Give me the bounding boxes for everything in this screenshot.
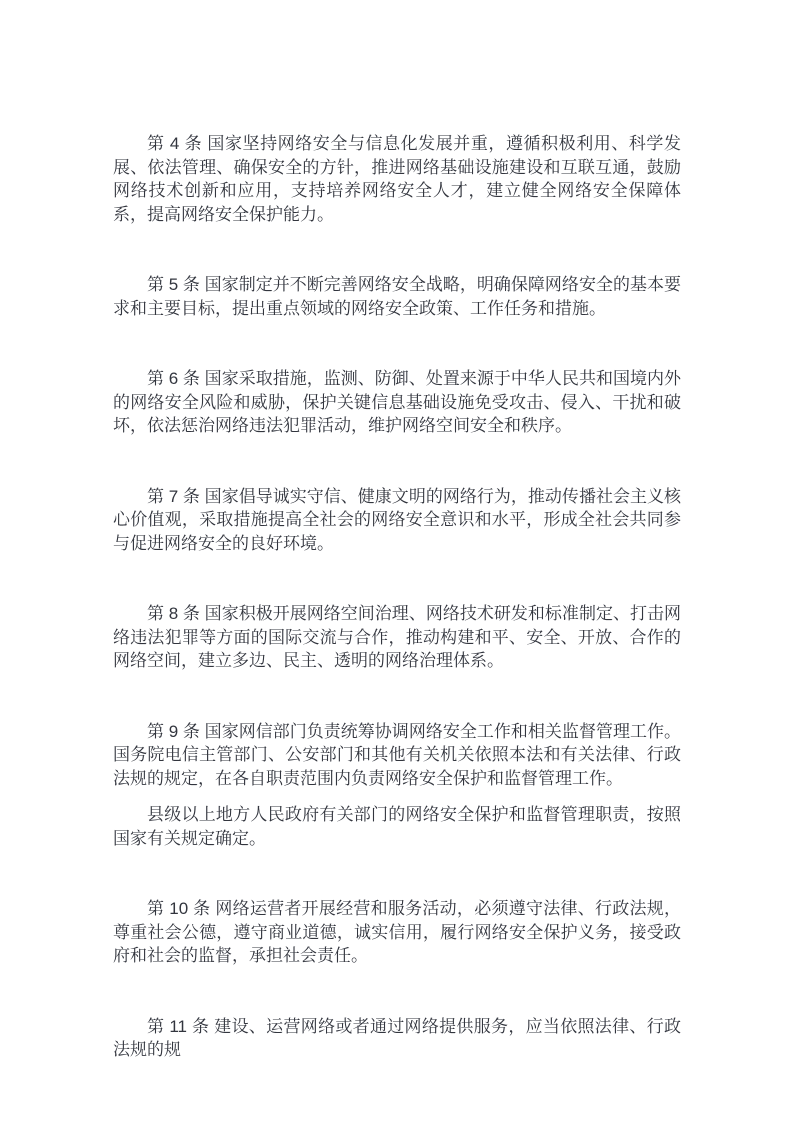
paragraph-article-11: 第 11 条 建设、运营网络或者通过网络提供服务，应当依照法律、行政法规的规 [113,1015,681,1062]
paragraph-article-5: 第 5 条 国家制定并不断完善网络安全战略，明确保障网络安全的基本要求和主要目标… [113,273,681,320]
paragraph-article-9: 第 9 条 国家网信部门负责统筹协调网络安全工作和相关监督管理工作。国务院电信主… [113,720,681,791]
paragraph-article-6: 第 6 条 国家采取措施，监测、防御、处置来源于中华人民共和国境内外的网络安全风… [113,367,681,438]
paragraph-article-9-continuation: 县级以上地方人民政府有关部门的网络安全保护和监督管理职责，按照国家有关规定确定。 [113,803,681,850]
document-page: 第 4 条 国家坚持网络安全与信息化发展并重，遵循积极利用、科学发展、依法管理、… [0,0,793,1122]
paragraph-article-8: 第 8 条 国家积极开展网络空间治理、网络技术研发和标准制定、打击网络违法犯罪等… [113,602,681,673]
paragraph-article-4: 第 4 条 国家坚持网络安全与信息化发展并重，遵循积极利用、科学发展、依法管理、… [113,132,681,226]
paragraph-article-10: 第 10 条 网络运营者开展经营和服务活动，必须遵守法律、行政法规，尊重社会公德… [113,897,681,968]
paragraph-article-7: 第 7 条 国家倡导诚实守信、健康文明的网络行为，推动传播社会主义核心价值观，采… [113,485,681,556]
